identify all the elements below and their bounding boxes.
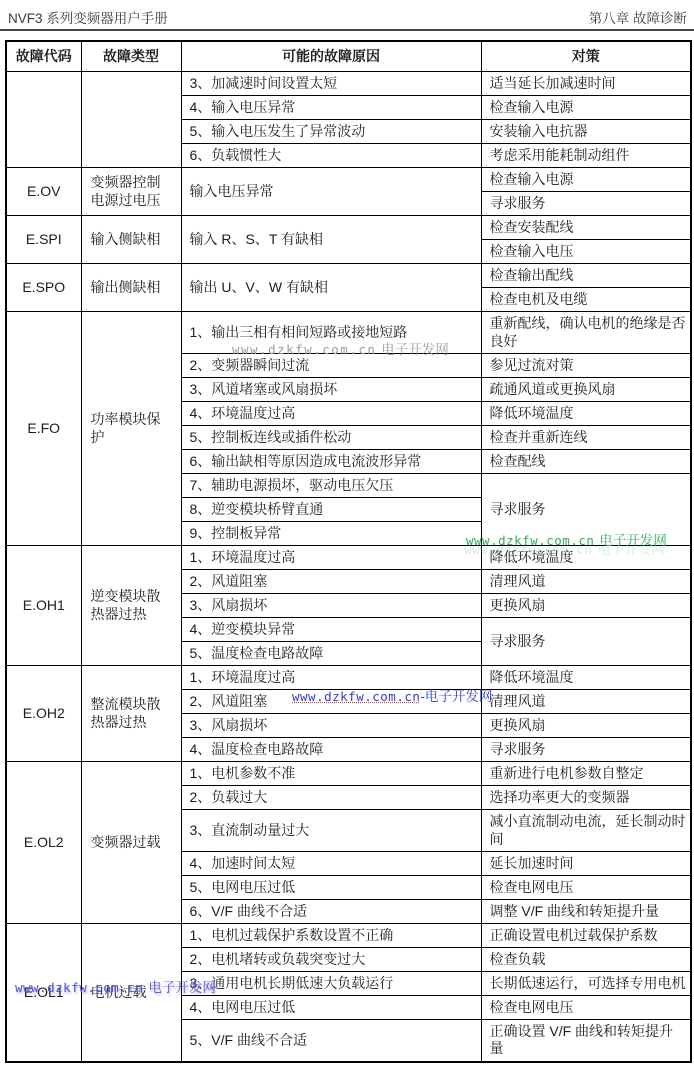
remedy-cell: 清理风道: [481, 570, 691, 594]
remedy-cell: 减小直流制动电流，延长制动时间: [481, 810, 691, 852]
fault-cause-cell: 3、风扇损坏: [181, 594, 481, 618]
remedy-cell: 正确设置电机过载保护系数: [481, 924, 691, 948]
fault-cause-cell: 5、电网电压过低: [181, 876, 481, 900]
table-row: E.OL1 电机过载 1、电机过载保护系数设置不正确 正确设置电机过载保护系数: [6, 924, 691, 948]
page-header: NVF3 系列变频器用户手册 第八章 故障诊断: [8, 7, 687, 27]
fault-cause-cell: 4、环境温度过高: [181, 402, 481, 426]
fault-code-cell: E.OH1: [6, 546, 81, 666]
remedy-cell: 检查负载: [481, 948, 691, 972]
table-row: E.OH2 整流模块散热器过热 1、环境温度过高 降低环境温度: [6, 666, 691, 690]
table-row: E.OH1 逆变模块散热器过热 1、环境温度过高 降低环境温度: [6, 546, 691, 570]
fault-cause-cell: 2、电机堵转或负载突变过大: [181, 948, 481, 972]
remedy-cell: 检查输入电压: [481, 240, 691, 264]
remedy-cell: 长期低速运行，可选择专用电机: [481, 972, 691, 996]
remedy-cell: 检查配线: [481, 450, 691, 474]
table-row: E.OV 变频器控制电源过电压 输入电压异常 检查输入电源: [6, 168, 691, 192]
fault-cause-cell: 4、加速时间太短: [181, 852, 481, 876]
remedy-cell: 重新进行电机参数自整定: [481, 762, 691, 786]
fault-cause-cell: 输入电压异常: [181, 168, 481, 216]
fault-type-cell: 逆变模块散热器过热: [81, 546, 181, 666]
fault-cause-cell: 输出 U、V、W 有缺相: [181, 264, 481, 312]
column-header-code: 故障代码: [6, 41, 81, 72]
fault-type-cell: [81, 72, 181, 168]
remedy-cell: 寻求服务: [481, 474, 691, 546]
fault-code-cell: E.OL1: [6, 924, 81, 1062]
fault-cause-cell: 3、加减速时间设置太短: [181, 72, 481, 96]
fault-cause-cell: 8、逆变模块桥臂直通: [181, 498, 481, 522]
remedy-cell: 安装输入电抗器: [481, 120, 691, 144]
fault-cause-cell: 1、电机参数不准: [181, 762, 481, 786]
fault-code-cell: E.OV: [6, 168, 81, 216]
fault-code-cell: E.OL2: [6, 762, 81, 924]
fault-cause-cell: 1、输出三相有相间短路或接地短路: [181, 312, 481, 354]
fault-cause-cell: 6、输出缺相等原因造成电流波形异常: [181, 450, 481, 474]
fault-cause-cell: 6、V/F 曲线不合适: [181, 900, 481, 924]
fault-cause-cell: 2、风道阻塞: [181, 690, 481, 714]
remedy-cell: 选择功率更大的变频器: [481, 786, 691, 810]
fault-cause-cell: 3、通用电机长期低速大负载运行: [181, 972, 481, 996]
fault-type-cell: 变频器控制电源过电压: [81, 168, 181, 216]
fault-type-cell: 变频器过载: [81, 762, 181, 924]
remedy-cell: 检查安装配线: [481, 216, 691, 240]
remedy-cell: 适当延长加减速时间: [481, 72, 691, 96]
remedy-cell: 参见过流对策: [481, 354, 691, 378]
column-header-remedy: 对策: [481, 41, 691, 72]
table-row: E.SPI 输入侧缺相 输入 R、S、T 有缺相 检查安装配线: [6, 216, 691, 240]
fault-type-cell: 功率模块保护: [81, 312, 181, 546]
fault-code-cell: E.OH2: [6, 666, 81, 762]
remedy-cell: 正确设置 V/F 曲线和转矩提升量: [481, 1020, 691, 1062]
fault-type-cell: 电机过载: [81, 924, 181, 1062]
fault-cause-cell: 6、负载惯性大: [181, 144, 481, 168]
remedy-cell: 清理风道: [481, 690, 691, 714]
remedy-cell: 重新配线，确认电机的绝缘是否良好: [481, 312, 691, 354]
fault-cause-cell: 5、温度检查电路故障: [181, 642, 481, 666]
fault-type-cell: 整流模块散热器过热: [81, 666, 181, 762]
remedy-cell: 检查输出配线: [481, 264, 691, 288]
fault-cause-cell: 输入 R、S、T 有缺相: [181, 216, 481, 264]
remedy-cell: 检查电机及电缆: [481, 288, 691, 312]
fault-type-cell: 输入侧缺相: [81, 216, 181, 264]
fault-cause-cell: 2、风道阻塞: [181, 570, 481, 594]
header-rule: [0, 29, 694, 31]
remedy-cell: 降低环境温度: [481, 666, 691, 690]
fault-cause-cell: 4、温度检查电路故障: [181, 738, 481, 762]
remedy-cell: 检查输入电源: [481, 96, 691, 120]
fault-code-cell: E.SPI: [6, 216, 81, 264]
remedy-cell: 检查电网电压: [481, 876, 691, 900]
fault-code-cell: E.FO: [6, 312, 81, 546]
fault-type-cell: 输出侧缺相: [81, 264, 181, 312]
table-row: E.SPO 输出侧缺相 输出 U、V、W 有缺相 检查输出配线: [6, 264, 691, 288]
fault-cause-cell: 5、控制板连线或插件松动: [181, 426, 481, 450]
remedy-cell: 寻求服务: [481, 192, 691, 216]
chapter-title: 第八章 故障诊断: [589, 7, 687, 27]
remedy-cell: 更换风扇: [481, 594, 691, 618]
fault-code-cell: E.SPO: [6, 264, 81, 312]
remedy-cell: 更换风扇: [481, 714, 691, 738]
fault-diagnosis-table: 故障代码 故障类型 可能的故障原因 对策 3、加减速时间设置太短 适当延长加减速…: [5, 40, 692, 1063]
fault-cause-cell: 4、逆变模块异常: [181, 618, 481, 642]
remedy-cell: 延长加速时间: [481, 852, 691, 876]
table-row: E.FO 功率模块保护 1、输出三相有相间短路或接地短路 重新配线，确认电机的绝…: [6, 312, 691, 354]
remedy-cell: 考虑采用能耗制动组件: [481, 144, 691, 168]
fault-cause-cell: 7、辅助电源损坏，驱动电压欠压: [181, 474, 481, 498]
fault-cause-cell: 3、直流制动量过大: [181, 810, 481, 852]
remedy-cell: 调整 V/F 曲线和转矩提升量: [481, 900, 691, 924]
table-row: 3、加减速时间设置太短 适当延长加减速时间: [6, 72, 691, 96]
remedy-cell: 检查并重新连线: [481, 426, 691, 450]
fault-cause-cell: 9、控制板异常: [181, 522, 481, 546]
fault-cause-cell: 1、环境温度过高: [181, 546, 481, 570]
header-row: 故障代码 故障类型 可能的故障原因 对策: [6, 41, 691, 72]
column-header-type: 故障类型: [81, 41, 181, 72]
column-header-cause: 可能的故障原因: [181, 41, 481, 72]
remedy-cell: 寻求服务: [481, 738, 691, 762]
table-row: E.OL2 变频器过载 1、电机参数不准 重新进行电机参数自整定: [6, 762, 691, 786]
remedy-cell: 检查电网电压: [481, 996, 691, 1020]
fault-cause-cell: 2、变频器瞬间过流: [181, 354, 481, 378]
fault-cause-cell: 4、电网电压过低: [181, 996, 481, 1020]
fault-cause-cell: 1、环境温度过高: [181, 666, 481, 690]
fault-cause-cell: 3、风扇损坏: [181, 714, 481, 738]
remedy-cell: 降低环境温度: [481, 402, 691, 426]
remedy-cell: 降低环境温度: [481, 546, 691, 570]
remedy-cell: 寻求服务: [481, 618, 691, 666]
fault-code-cell: [6, 72, 81, 168]
remedy-cell: 疏通风道或更换风扇: [481, 378, 691, 402]
fault-cause-cell: 5、输入电压发生了异常波动: [181, 120, 481, 144]
fault-cause-cell: 2、负载过大: [181, 786, 481, 810]
fault-cause-cell: 1、电机过载保护系数设置不正确: [181, 924, 481, 948]
remedy-cell: 检查输入电源: [481, 168, 691, 192]
doc-title: NVF3 系列变频器用户手册: [8, 7, 168, 27]
fault-cause-cell: 5、V/F 曲线不合适: [181, 1020, 481, 1062]
fault-cause-cell: 4、输入电压异常: [181, 96, 481, 120]
fault-cause-cell: 3、风道堵塞或风扇损坏: [181, 378, 481, 402]
